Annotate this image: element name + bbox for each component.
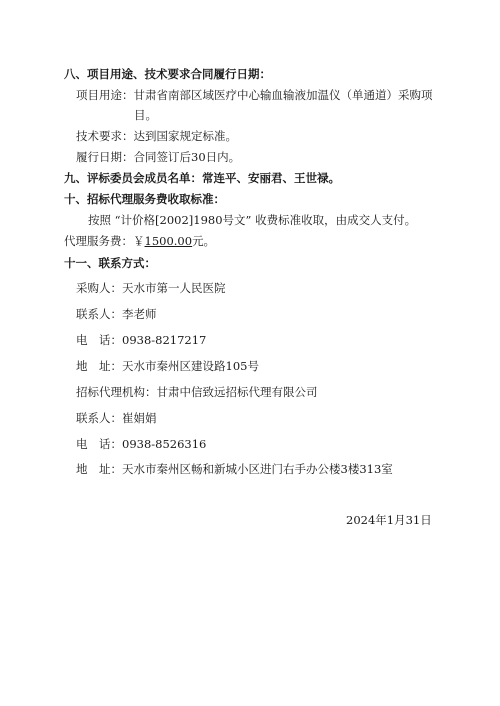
agency-address-value: 天水市秦州区畅和新城小区进门右手办公楼3楼313室: [122, 462, 393, 476]
tech-row: 技术要求：达到国家规定标准。: [76, 129, 237, 143]
purpose-row: 项目用途：甘肃省南部区域医疗中心输血输液加温仪（单通道）采购项: [76, 88, 433, 102]
purchaser-contact-row: 联系人：李老师: [76, 307, 157, 321]
purchaser-contact-value: 李老师: [122, 307, 157, 321]
tech-label: 技术要求：: [76, 129, 134, 143]
purchaser-phone-label: 电 话：: [76, 333, 122, 347]
purchaser-address-label: 地 址：: [76, 359, 122, 373]
fee-suffix: 元。: [192, 234, 215, 248]
purchaser-address-value: 天水市秦州区建设路105号: [122, 359, 259, 373]
agency-address-label: 地 址：: [76, 462, 122, 476]
section8-heading: 八、项目用途、技术要求合同履行日期：: [64, 67, 271, 81]
section10-heading: 十、招标代理服务费收取标准：: [64, 192, 225, 206]
document-date: 2024年1月31日: [346, 513, 432, 527]
fee-standard-text: 按照 “计价格[2002]1980号文” 收费标准收取，由成交人支付。: [88, 213, 416, 227]
purpose-value-continued: 目。: [134, 108, 157, 122]
purchaser-value: 天水市第一人民医院: [122, 281, 226, 295]
period-row: 履行日期：合同签订后30日内。: [76, 150, 240, 164]
agency-value: 甘肃中信致远招标代理有限公司: [157, 385, 318, 399]
purchaser-row: 采购人：天水市第一人民医院: [76, 281, 226, 295]
purchaser-phone-value: 0938-8217217: [122, 333, 206, 347]
purchaser-phone-row: 电 话：0938-8217217: [76, 333, 206, 347]
period-value: 合同签订后30日内。: [134, 150, 241, 164]
agency-label: 招标代理机构：: [76, 385, 157, 399]
agency-contact-value: 崔娟娟: [122, 411, 157, 425]
fee-label: 代理服务费：￥: [64, 234, 145, 248]
agency-contact-row: 联系人：崔娟娟: [76, 411, 157, 425]
agency-row: 招标代理机构：甘肃中信致远招标代理有限公司: [76, 385, 318, 399]
purpose-value: 甘肃省南部区域医疗中心输血输液加温仪（单通道）采购项: [134, 88, 433, 102]
period-label: 履行日期：: [76, 150, 134, 164]
agency-phone-row: 电 话：0938-8526316: [76, 437, 206, 451]
fee-amount: 1500.00: [145, 234, 193, 248]
fee-row: 代理服务费：￥1500.00元。: [64, 234, 215, 248]
purchaser-address-row: 地 址：天水市秦州区建设路105号: [76, 359, 259, 373]
agency-phone-value: 0938-8526316: [122, 437, 206, 451]
agency-phone-label: 电 话：: [76, 437, 122, 451]
purchaser-label: 采购人：: [76, 281, 122, 295]
section11-heading: 十一、联系方式：: [64, 256, 156, 270]
section9-heading: 九、评标委员会成员名单：常连平、安丽君、王世禄。: [64, 171, 340, 185]
tech-value: 达到国家规定标准。: [134, 129, 238, 143]
agency-contact-label: 联系人：: [76, 411, 122, 425]
purchaser-contact-label: 联系人：: [76, 307, 122, 321]
purpose-label: 项目用途：: [76, 88, 134, 102]
agency-address-row: 地 址：天水市秦州区畅和新城小区进门右手办公楼3楼313室: [76, 462, 393, 476]
